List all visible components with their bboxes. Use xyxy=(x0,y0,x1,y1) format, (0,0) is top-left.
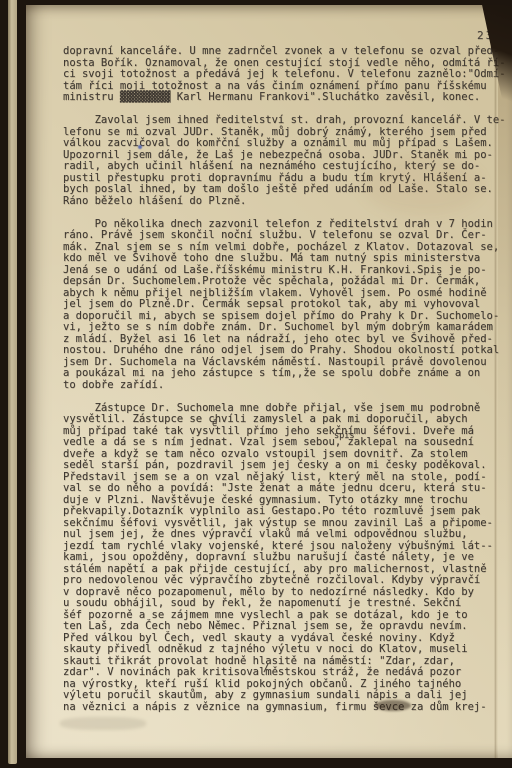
adjacent-page-edge xyxy=(8,0,17,764)
typed-insertion-e-caron: ě xyxy=(212,419,217,429)
typewritten-text: dopravní kanceláře. U mne zadrnčel zvone… xyxy=(63,46,512,713)
blue-ink-speck xyxy=(138,145,142,149)
pencil-smudge xyxy=(60,717,146,730)
insertion-caret-mark: / xyxy=(263,663,269,674)
typed-insertion-spis: spis xyxy=(334,431,354,441)
scanned-book-photo: 23 dopravní kanceláře. U mne zadrnčel zv… xyxy=(0,0,512,768)
dark-ink-blot xyxy=(375,700,411,711)
paper-stain xyxy=(362,155,482,215)
page-crease xyxy=(494,65,497,758)
right-edge-shading xyxy=(498,45,512,758)
document-page: 23 dopravní kanceláře. U mne zadrnčel zv… xyxy=(26,5,512,758)
